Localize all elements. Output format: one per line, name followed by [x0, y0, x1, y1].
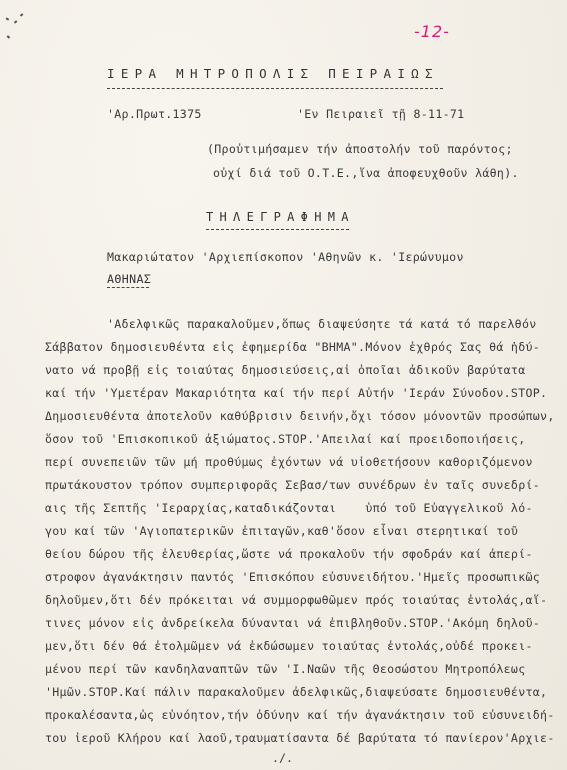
- note-line-2: οὐχί διά τοῦ Ο.Τ.Ε.,ἵνα ἀποφευχθοῦν λάθη…: [213, 166, 519, 180]
- handwritten-page-number: -12-: [414, 22, 450, 41]
- document-title: ΤΗΛΕΓΡΑΦΗΜΑ: [206, 210, 355, 224]
- body-line: νατο νά προβῇ εἰς τοιαύτας δημοσιεύσεις,…: [45, 363, 525, 377]
- body-line: μένου περί τῶν κανδηλαναπτῶν τῶν 'Ι.Ναῶν…: [45, 662, 525, 676]
- title-underline: [206, 229, 349, 230]
- recipient-city-underline: [107, 287, 149, 288]
- body-line: 'Ημῶν.STOP.Καί πάλιν παρακαλοῦμεν ἀδελφι…: [45, 685, 547, 699]
- body-line: δηλοῦμεν,ὅτι δέν πρόκειται νά συμμορφωθῶ…: [45, 593, 547, 607]
- recipient: Μακαριώτατον 'Αρχιεπίσκοπον 'Αθηνῶν κ. '…: [107, 250, 464, 264]
- continuation-mark: ./.: [272, 751, 293, 765]
- typewritten-letter-page: -12- ΙΕΡΑ ΜΗΤΡΟΠΟΛΙΣ ΠΕΙΡΑΙΩΣ 'Αρ.Πρωτ.1…: [0, 0, 567, 770]
- body-line: πρωτάκουστον τρόπον συμπεριφορᾶς Σεβασ/τ…: [45, 478, 540, 492]
- letterhead-title: ΙΕΡΑ ΜΗΤΡΟΠΟΛΙΣ ΠΕΙΡΑΙΩΣ: [107, 66, 439, 81]
- body-line: στροφον ἀγανάκτησιν παντός 'Επισκόπου εὐ…: [45, 570, 540, 584]
- body-line: γου καί τῶν 'Αγιοπατερικῶν ἐπιταγῶν,καθ'…: [45, 524, 518, 538]
- protocol-number: 'Αρ.Πρωτ.1375: [107, 107, 202, 121]
- body-line: θείου δώρου τῆς ἐλευθερίας,ὥστε νά προκα…: [45, 547, 533, 561]
- recipient-city: ΑΘΗΝΑΣ: [107, 272, 151, 286]
- body-line: Δημοσιευθέντα ἀποτελοῦν καθύβρισιν δεινή…: [45, 409, 555, 423]
- margin-marks: [4, 14, 26, 44]
- body-line: Σάββατον δημοσιευθέντα εἰς ἐφημερίδα "ΒΗ…: [45, 340, 540, 354]
- body-line: μεν,ὅτι δέν θά ἐτολμῶμεν νά ἐκδώσωμεν το…: [45, 639, 533, 653]
- body-line: προκαλέσαντα,ὡς εὐνόητον,τήν ὀδύνην καί …: [45, 708, 555, 722]
- place-date: 'Εν Πειραιεῖ τῇ 8-11-71: [297, 107, 464, 121]
- letterhead-underline: [107, 88, 443, 89]
- note-line-1: (Προὐτιμήσαμεν τήν ἀποστολήν τοῦ παρόντο…: [207, 142, 513, 156]
- body-line: του ἱεροῦ Κλήρου καί λαοῦ,τραυματίσαντα …: [45, 731, 555, 745]
- body-line: περί συνεπειῶν τῶν μή προθύμως ἐχόντων ν…: [45, 455, 533, 469]
- body-line: τινες μόνον εἰς ἀνδρείκελα δύνανται νά ἐ…: [45, 616, 540, 630]
- body-line: καί τήν 'Υμετέραν Μακαριότητα καί τήν πε…: [45, 386, 547, 400]
- body-line: 'Αδελφικῶς παρακαλοῦμεν,ὅπως διαψεύσητε …: [107, 317, 537, 331]
- body-line: αις τῆς Σεπτῆς 'Ιεραρχίας,καταδικάζονται…: [45, 501, 533, 515]
- body-line: ὅσον τοῦ 'Επισκοπικοῦ ἀξιώματος.STOP.'Απ…: [45, 432, 525, 446]
